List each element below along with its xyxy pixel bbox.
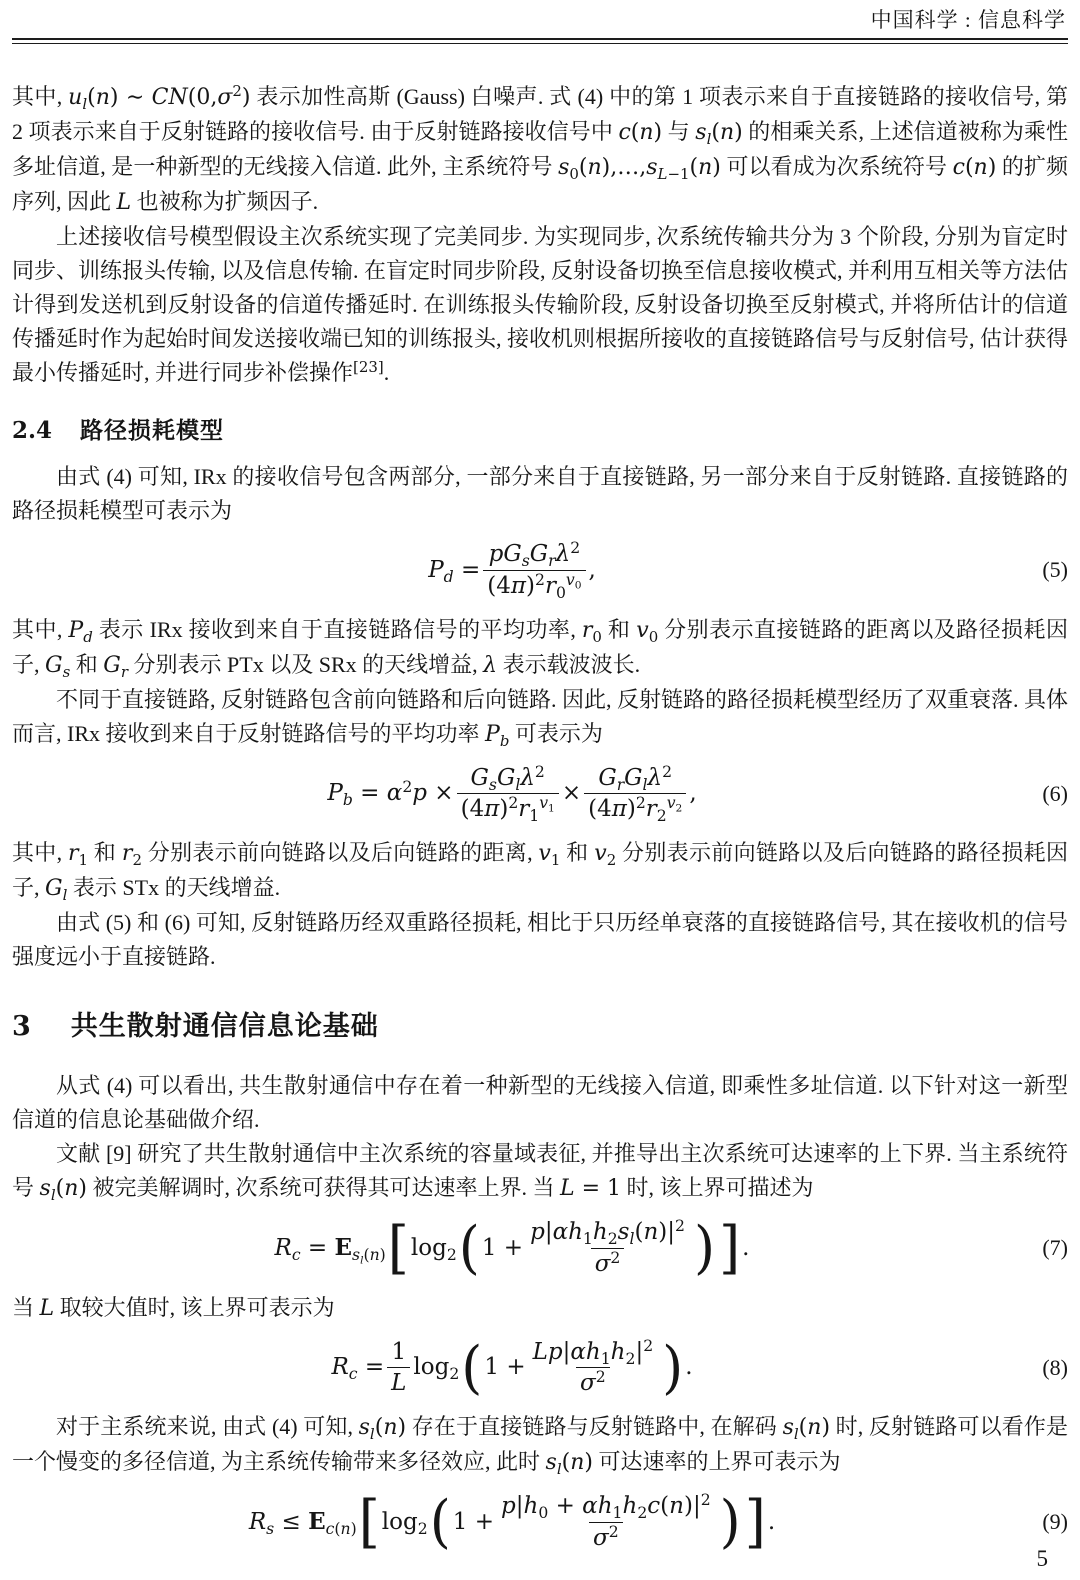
heading-number: 3 (12, 1009, 31, 1045)
equation-number: (9) (1012, 1505, 1068, 1539)
paragraph: 其中, ul(n) ∼ CN(0,σ2) 表示加性高斯 (Gauss) 白噪声.… (12, 80, 1068, 220)
equation-number: (8) (1012, 1351, 1068, 1385)
equation-number: (6) (1012, 777, 1068, 811)
paragraph: 其中, r1 和 r2 分别表示前向链路以及后向链路的距离, v1 和 v2 分… (12, 836, 1068, 906)
equation-number: (5) (1012, 553, 1068, 587)
paragraph: 由式 (5) 和 (6) 可知, 反射链路历经双重路径损耗, 相比于只历经单衰落… (12, 906, 1068, 974)
header-rule (12, 38, 1068, 44)
equation: Pb = α2p × GsGlλ2(4π)2r1v1 × GrGlλ2(4π)2… (12, 764, 1068, 825)
equation-body: Rc = 1L log2 (1 + Lp|αh1h2|2σ2) . (12, 1338, 1012, 1399)
bracket: ( (461, 1339, 482, 1396)
equation-body: Rc = Esl(n) [log2 (1 + p|αh1h2sl(n)|2σ2)… (12, 1218, 1012, 1279)
fraction: p|αh1h2sl(n)|2σ2 (526, 1218, 689, 1279)
fraction: p|h0 + αh1h2c(n)|2σ2 (497, 1492, 715, 1553)
equation-body: Rs ≤ Ec(n) [log2 (1 + p|h0 + αh1h2c(n)|2… (12, 1492, 1012, 1553)
equation: Rc = Esl(n) [log2 (1 + p|αh1h2sl(n)|2σ2)… (12, 1218, 1068, 1279)
equation-body: Pd = pGsGrλ2(4π)2r0v0, (12, 540, 1012, 601)
paragraph: 上述接收信号模型假设主次系统实现了完美同步. 为实现同步, 次系统传输共分为 3… (12, 220, 1068, 391)
paragraph: 文献 [9] 研究了共生散射通信中主次系统的容量域表征, 并推导出主次系统可达速… (12, 1137, 1068, 1206)
bracket: ] (719, 1220, 740, 1277)
document-content: 其中, ul(n) ∼ CN(0,σ2) 表示加性高斯 (Gauss) 白噪声.… (12, 80, 1068, 1553)
fraction: 1L (387, 1338, 410, 1399)
paragraph: 其中, Pd 表示 IRx 接收到来自于直接链路信号的平均功率, r0 和 v0… (12, 613, 1068, 683)
paragraph: 对于主系统来说, 由式 (4) 可知, sl(n) 存在于直接链路与反射链路中,… (12, 1410, 1068, 1480)
bracket: ) (694, 1220, 715, 1277)
bracket: [ (388, 1220, 409, 1277)
equation: Pd = pGsGrλ2(4π)2r0v0,(5) (12, 540, 1068, 601)
paragraph: 由式 (4) 可知, IRx 的接收信号包含两部分, 一部分来自于直接链路, 另… (12, 460, 1068, 528)
bracket: ) (662, 1339, 683, 1396)
fraction: GrGlλ2(4π)2r2v2 (584, 764, 686, 825)
bracket: ] (745, 1494, 766, 1551)
paragraph: 从式 (4) 可以看出, 共生散射通信中存在着一种新型的无线接入信道, 即乘性多… (12, 1069, 1068, 1137)
equation-number: (7) (1012, 1231, 1068, 1265)
fraction: GsGlλ2(4π)2r1v1 (457, 764, 559, 825)
equation: Rs ≤ Ec(n) [log2 (1 + p|h0 + αh1h2c(n)|2… (12, 1492, 1068, 1553)
page-number: 5 (1037, 1546, 1049, 1572)
equation: Rc = 1L log2 (1 + Lp|αh1h2|2σ2) .(8) (12, 1338, 1068, 1399)
heading-number: 2.4 (12, 416, 52, 446)
heading-title: 共生散射通信信息论基础 (71, 1008, 379, 1044)
paragraph: 不同于直接链路, 反射链路包含前向链路和后向链路. 因此, 反射链路的路径损耗模… (12, 683, 1068, 752)
fraction: pGsGrλ2(4π)2r0v0 (483, 540, 585, 601)
bracket: ( (459, 1220, 480, 1277)
equation-body: Pb = α2p × GsGlλ2(4π)2r1v1 × GrGlλ2(4π)2… (12, 764, 1012, 825)
bracket: ) (720, 1494, 741, 1551)
journal-header: 中国科学 : 信息科学 (12, 6, 1068, 34)
paragraph: 当 L 取较大值时, 该上界可表示为 (12, 1291, 1068, 1326)
fraction: Lp|αh1h2|2σ2 (529, 1338, 658, 1399)
section-heading: 2.4路径损耗模型 (12, 415, 1068, 446)
bracket: [ (359, 1494, 380, 1551)
section-heading: 3共生散射通信信息论基础 (12, 1008, 1068, 1045)
journal-title: 中国科学 : 信息科学 (871, 8, 1066, 32)
document-page: 中国科学 : 信息科学 其中, ul(n) ∼ CN(0,σ2) 表示加性高斯 … (0, 0, 1080, 1580)
bracket: ( (430, 1494, 451, 1551)
heading-title: 路径损耗模型 (80, 415, 224, 445)
